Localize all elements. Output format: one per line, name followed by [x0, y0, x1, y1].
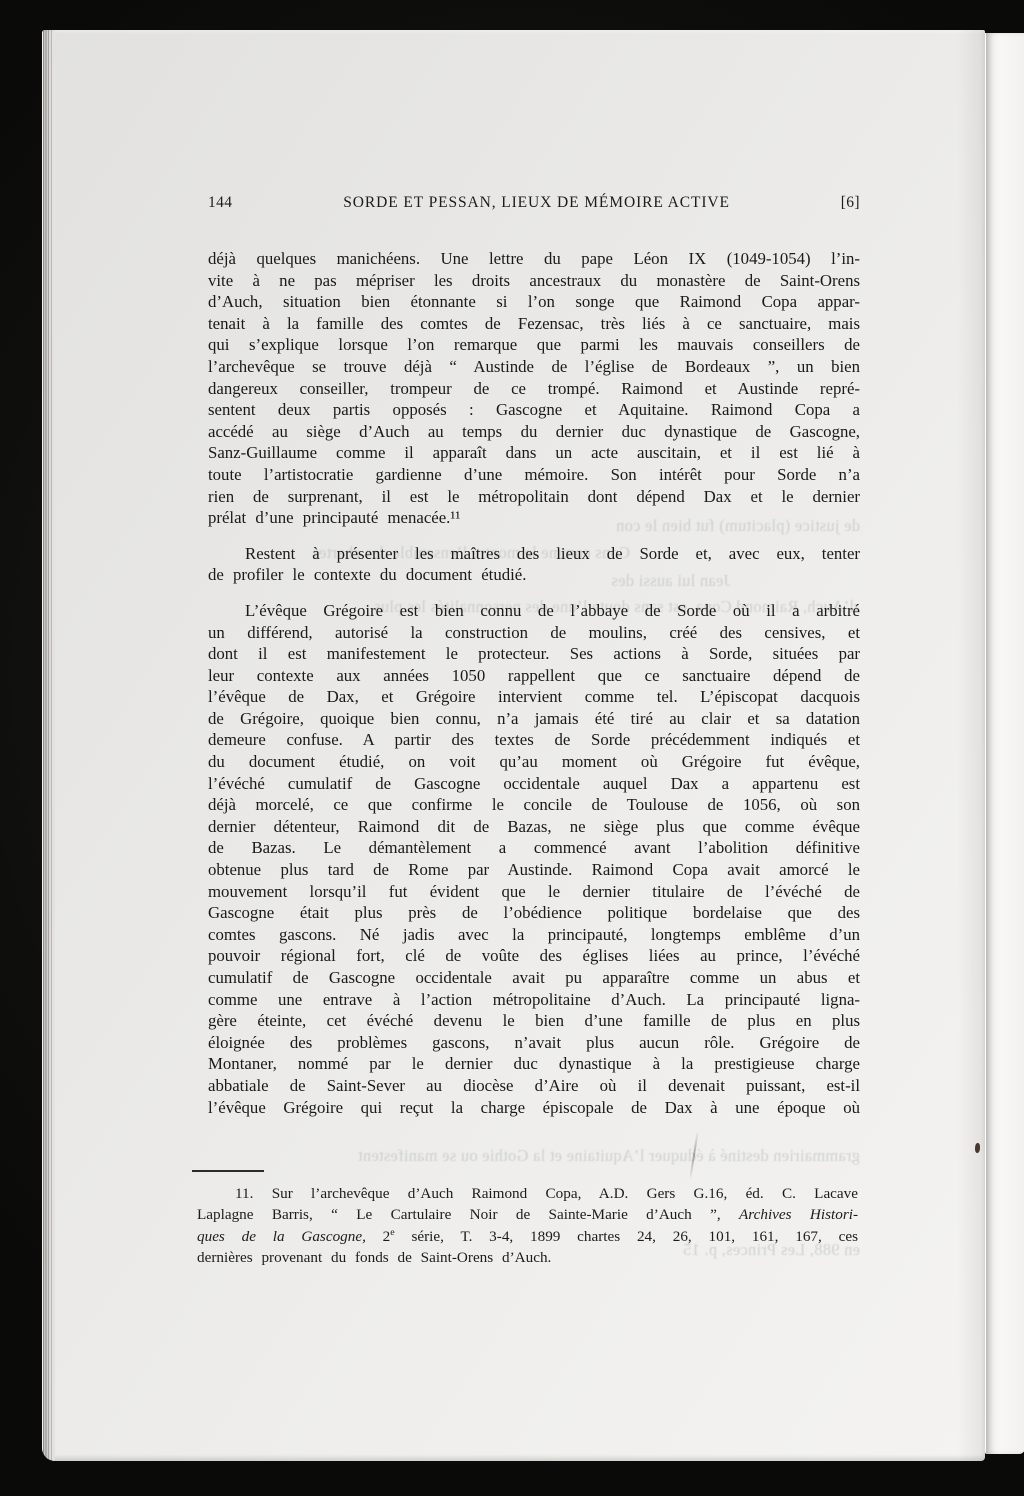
running-title: SORDE ET PESSAN, LIEUX DE MÉMOIRE ACTIVE — [232, 194, 840, 212]
text-line: l’évêque Grégoire qui reçut la charge ép… — [208, 1097, 860, 1119]
next-page-edge — [985, 33, 1024, 1454]
text-line: rien de surprenant, il est le métropolit… — [208, 486, 860, 508]
footnote-separator — [192, 1170, 264, 1172]
scratch-mark — [689, 1130, 699, 1180]
footnote-line: Laplagne Barris, “ Le Cartulaire Noir de… — [197, 1204, 858, 1225]
ink-speck — [975, 1143, 980, 1153]
text-line: comtes gascons. Né jadis avec la princip… — [208, 924, 860, 946]
page-edge-stack — [42, 30, 55, 1461]
text-line: éloignée des problèmes gascons, n’avait … — [208, 1032, 860, 1054]
text-line: l’évéché cumulatif de Gascogne occidenta… — [208, 773, 860, 795]
text-line: Gascogne était plus près de l’obédience … — [208, 902, 860, 924]
paragraph: L’évêque Grégoire est bien connu de l’ab… — [208, 600, 860, 1118]
text-line: dangereux conseiller, trompeur de ce tro… — [208, 378, 860, 400]
page-header: 144 SORDE ET PESSAN, LIEUX DE MÉMOIRE AC… — [208, 194, 860, 212]
footnote-line: 11. Sur l’archevêque d’Auch Raimond Copa… — [197, 1183, 858, 1204]
text-line: déjà morcelé, ce que confirme le concile… — [208, 794, 860, 816]
footnote-line: dernières provenant du fonds de Saint-Or… — [197, 1247, 858, 1268]
footnote-text-run: ques de la Gascogne, — [197, 1228, 366, 1245]
text-line: de Grégoire, quoique bien connu, n’a jam… — [208, 708, 860, 730]
footnote-text-run: dernières provenant du fonds de Saint-Or… — [197, 1249, 551, 1266]
text-line: cumulatif de Gascogne occidentale avait … — [208, 967, 860, 989]
footnote-text-run: 2 — [366, 1228, 390, 1245]
text-line: de profiler le contexte du document étud… — [208, 564, 860, 586]
footnote-text-run: série, T. 3-4, 1899 chartes 24, 26, 101,… — [395, 1228, 858, 1245]
text-line: prélat d’une principauté menacée.¹¹ — [208, 507, 860, 529]
text-line: qui s’explique lorsque l’on remarque que… — [208, 334, 860, 356]
footnote: 11. Sur l’archevêque d’Auch Raimond Copa… — [197, 1183, 858, 1268]
text-line: Restent à présenter les maîtres des lieu… — [208, 543, 860, 565]
bleedthrough-text: grammairien destiné à éduquer l’Aquitain… — [200, 1146, 860, 1166]
issue-marker: [6] — [841, 194, 860, 212]
footnote-text-run: 11. Sur l’archevêque d’Auch Raimond Copa… — [235, 1185, 858, 1202]
text-line: dernier détenteur, Raimond dit de Bazas,… — [208, 816, 860, 838]
text-line: pouvoir régional fort, clé de voûte des … — [208, 945, 860, 967]
text-line: vite à ne pas mépriser les droits ancest… — [208, 270, 860, 292]
text-line: leur contexte aux années 1050 rappellent… — [208, 665, 860, 687]
text-line: de Bazas. Le démantèlement a commencé av… — [208, 837, 860, 859]
footnote-text-run: Archives Histori- — [739, 1206, 858, 1223]
text-line: d’Auch, situation bien étonnante si l’on… — [208, 291, 860, 313]
text-line: l’évêque de Dax, et Grégoire intervient … — [208, 686, 860, 708]
book-page: de justice (placitum) fut bien le con Co… — [42, 30, 985, 1461]
footnote-line: ques de la Gascogne, 2e série, T. 3-4, 1… — [197, 1226, 858, 1247]
paragraphs: déjà quelques manichéens. Une lettre du … — [208, 248, 860, 1118]
text-line: un différend, autorisé la construction d… — [208, 622, 860, 644]
text-line: sentent deux partis opposés : Gascogne e… — [208, 399, 860, 421]
text-line: gère éteinte, cet évéché devenu le bien … — [208, 1010, 860, 1032]
page-number: 144 — [208, 194, 232, 212]
paragraph: Restent à présenter les maîtres des lieu… — [208, 543, 860, 586]
text-line: abbatiale de Saint-Sever au diocèse d’Ai… — [208, 1075, 860, 1097]
text-line: Montaner, nommé par le dernier duc dynas… — [208, 1053, 860, 1075]
text-line: mouvement lorsqu’il fut évident que le d… — [208, 881, 860, 903]
text-line: comme une entrave à l’action métropolita… — [208, 989, 860, 1011]
text-line: obtenue plus tard de Rome par Austinde. … — [208, 859, 860, 881]
footnote-text-run: Laplagne Barris, “ Le Cartulaire Noir de… — [197, 1206, 739, 1223]
text-line: demeure confuse. A partir des textes de … — [208, 729, 860, 751]
text-line: Sanz-Guillaume comme il apparaît dans un… — [208, 442, 860, 464]
book-photo: de justice (placitum) fut bien le con Co… — [0, 0, 1024, 1496]
text-line: l’archevêque se trouve déjà “ Austinde d… — [208, 356, 860, 378]
text-line: tenait à la famille des comtes de Fezens… — [208, 313, 860, 335]
text-line: accédé au siège d’Auch au temps du derni… — [208, 421, 860, 443]
text-line: du document étudié, on voit qu’au moment… — [208, 751, 860, 773]
text-line: L’évêque Grégoire est bien connu de l’ab… — [208, 600, 860, 622]
text-line: dont il est manifestement le protecteur.… — [208, 643, 860, 665]
text-line: toute l’artistocratie gardienne d’une mé… — [208, 464, 860, 486]
paragraph: déjà quelques manichéens. Une lettre du … — [208, 248, 860, 529]
text-line: déjà quelques manichéens. Une lettre du … — [208, 248, 860, 270]
